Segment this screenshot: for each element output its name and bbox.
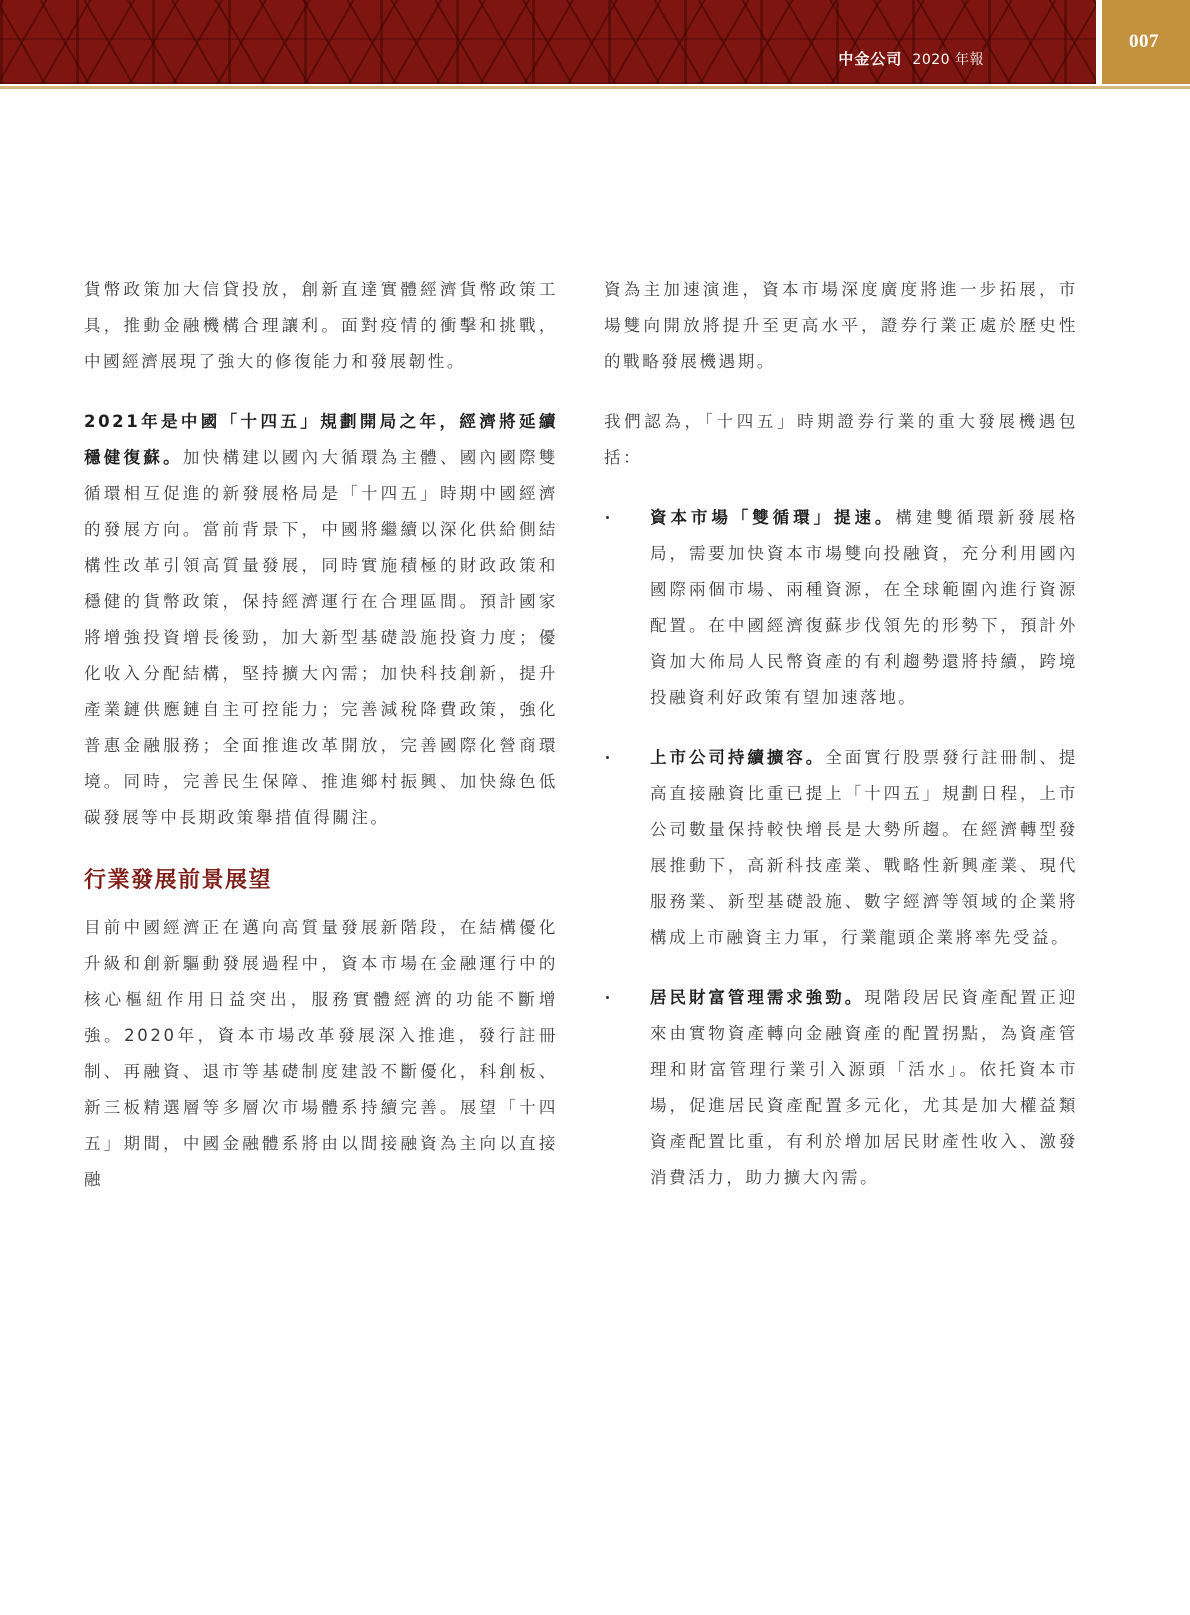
list-item-lead: 居民財富管理需求強勁。 xyxy=(650,988,864,1007)
page-number: 007 xyxy=(1129,31,1159,53)
header-pattern-band: 中金公司 2020 年報 xyxy=(0,0,1096,84)
section-heading: 行業發展前景展望 xyxy=(84,864,558,898)
bullet-icon xyxy=(606,996,609,999)
header-rule xyxy=(0,86,1190,89)
paragraph-body: 加快構建以國內大循環為主體、國內國際雙循環相互促進的新發展格局是「十四五」時期中… xyxy=(84,448,558,827)
list-item-lead: 資本市場「雙循環」提速。 xyxy=(650,508,895,527)
list-item-body: 構建雙循環新發展格局，需要加快資本市場雙向投融資，充分利用國內國際兩個市場、兩種… xyxy=(650,508,1078,707)
report-title: 2020 年報 xyxy=(912,49,984,69)
list-item-text: 資本市場「雙循環」提速。構建雙循環新發展格局，需要加快資本市場雙向投融資，充分利… xyxy=(650,500,1078,716)
paragraph-continued: 資為主加速演進，資本市場深度廣度將進一步拓展，市場雙向開放將提升至更高水平，證券… xyxy=(604,272,1078,380)
paragraph-2021-outlook: 2021年是中國「十四五」規劃開局之年，經濟將延續穩健復蘇。加快構建以國內大循環… xyxy=(84,404,558,836)
right-column: 資為主加速演進，資本市場深度廣度將進一步拓展，市場雙向開放將提升至更高水平，證券… xyxy=(604,272,1078,1196)
left-column: 貨幣政策加大信貸投放，創新直達實體經濟貨幣政策工具，推動金融機構合理讓利。面對疫… xyxy=(84,272,558,1198)
list-item: 資本市場「雙循環」提速。構建雙循環新發展格局，需要加快資本市場雙向投融資，充分利… xyxy=(604,500,1078,716)
running-header: 中金公司 2020 年報 xyxy=(838,48,984,69)
bullet-icon xyxy=(606,516,609,519)
opportunities-list: 資本市場「雙循環」提速。構建雙循環新發展格局，需要加快資本市場雙向投融資，充分利… xyxy=(604,500,1078,1196)
paragraph-monetary-policy: 貨幣政策加大信貸投放，創新直達實體經濟貨幣政策工具，推動金融機構合理讓利。面對疫… xyxy=(84,272,558,380)
list-item: 居民財富管理需求強勁。現階段居民資產配置正迎來由實物資產轉向金融資產的配置拐點，… xyxy=(604,980,1078,1196)
list-item-text: 居民財富管理需求強勁。現階段居民資產配置正迎來由實物資產轉向金融資產的配置拐點，… xyxy=(650,980,1078,1196)
paragraph-industry-outlook: 目前中國經濟正在邁向高質量發展新階段，在結構優化升級和創新驅動發展過程中，資本市… xyxy=(84,910,558,1198)
paragraph-opportunities-intro: 我們認為，「十四五」時期證券行業的重大發展機遇包括： xyxy=(604,404,1078,476)
list-item-body: 現階段居民資產配置正迎來由實物資產轉向金融資產的配置拐點，為資產管理和財富管理行… xyxy=(650,988,1078,1187)
bullet-icon xyxy=(606,756,609,759)
list-item-body: 全面實行股票發行註冊制、提高直接融資比重已提上「十四五」規劃日程，上市公司數量保… xyxy=(650,748,1078,947)
list-item-text: 上市公司持續擴容。全面實行股票發行註冊制、提高直接融資比重已提上「十四五」規劃日… xyxy=(650,740,1078,956)
list-item: 上市公司持續擴容。全面實行股票發行註冊制、提高直接融資比重已提上「十四五」規劃日… xyxy=(604,740,1078,956)
page-number-box: 007 xyxy=(1102,0,1190,84)
list-item-lead: 上市公司持續擴容。 xyxy=(650,748,825,767)
company-name: 中金公司 xyxy=(838,48,902,69)
